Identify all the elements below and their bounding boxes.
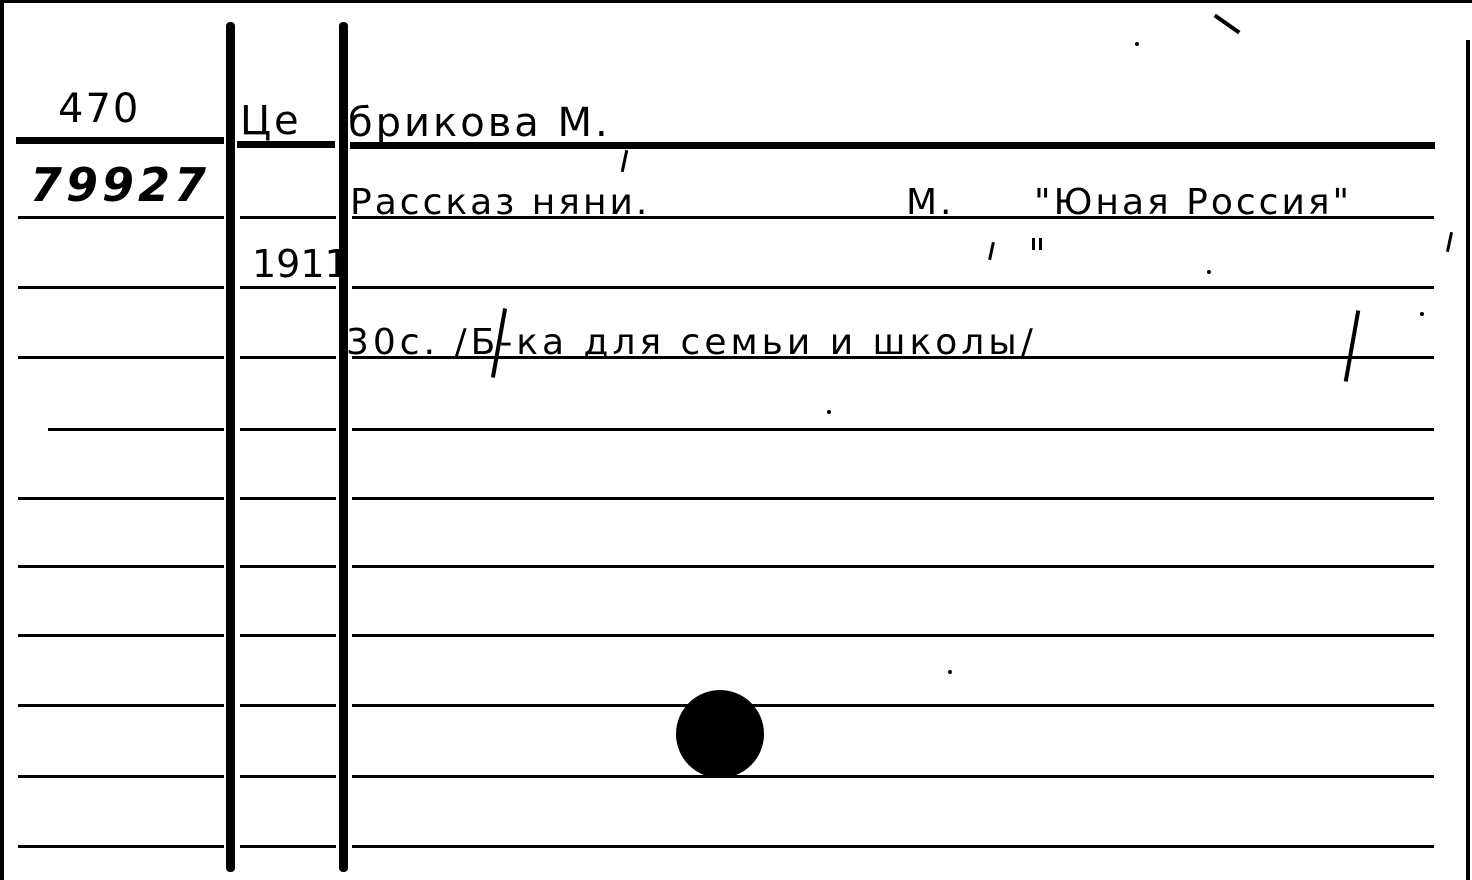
author-name: брикова М.	[348, 100, 611, 146]
ruled-line	[18, 356, 224, 359]
card-top-edge	[0, 0, 1472, 3]
extent-and-series: 30с. /Б-ка для семьи и школы/	[346, 322, 1037, 363]
ruled-line	[18, 845, 224, 848]
ruled-line	[18, 497, 224, 500]
ink-speck	[948, 670, 952, 674]
quote-mark	[1039, 238, 1042, 250]
ink-speck	[1420, 312, 1424, 316]
ruled-line	[352, 634, 1434, 637]
ruled-line	[18, 775, 224, 778]
author-prefix: Це	[240, 98, 302, 144]
main-column-divider	[339, 22, 348, 872]
ruled-line	[240, 356, 336, 359]
stress-mark	[621, 150, 629, 172]
ruled-line	[352, 286, 1434, 289]
ruled-line	[240, 497, 336, 500]
ruled-line	[18, 216, 224, 219]
ruled-line	[18, 704, 224, 707]
ruled-line	[352, 497, 1434, 500]
stress-mark	[988, 242, 995, 260]
quote-mark	[1032, 238, 1035, 250]
ruled-line	[240, 428, 336, 431]
ruled-line	[240, 565, 336, 568]
publication-year: 1911	[252, 242, 349, 286]
ruled-line	[352, 428, 1434, 431]
left-column-divider	[226, 22, 235, 872]
pen-stroke	[1214, 14, 1241, 34]
catalog-card: 470 79927 Це 1911 брикова М. Рассказ нян…	[0, 0, 1472, 880]
ruled-line	[240, 704, 336, 707]
ruled-line	[352, 704, 1434, 707]
ruled-line	[352, 845, 1434, 848]
ruled-line	[18, 565, 224, 568]
title-line: Рассказ няни.	[350, 182, 650, 223]
ink-speck	[1207, 270, 1211, 274]
ruled-line	[48, 428, 224, 431]
ink-speck	[1135, 42, 1139, 46]
ruled-line	[240, 775, 336, 778]
card-right-edge	[1466, 40, 1470, 880]
punch-hole	[676, 690, 764, 778]
publication-place: М.	[906, 182, 955, 223]
ruled-line	[18, 634, 224, 637]
shelf-mark: 470	[58, 86, 140, 132]
ruled-line	[240, 845, 336, 848]
ruled-line	[240, 286, 336, 289]
ruled-line	[352, 775, 1434, 778]
ruled-line	[352, 565, 1434, 568]
inventory-number: 79927	[30, 158, 210, 212]
card-left-edge	[0, 0, 4, 880]
series-slash	[1344, 310, 1360, 382]
ruled-line	[18, 286, 224, 289]
ink-speck	[827, 410, 831, 414]
heading-rule-left	[16, 137, 224, 144]
stress-mark	[1446, 232, 1453, 252]
publisher-name: "Юная Россия"	[1034, 182, 1352, 223]
ruled-line	[240, 634, 336, 637]
ruled-line	[240, 216, 336, 219]
